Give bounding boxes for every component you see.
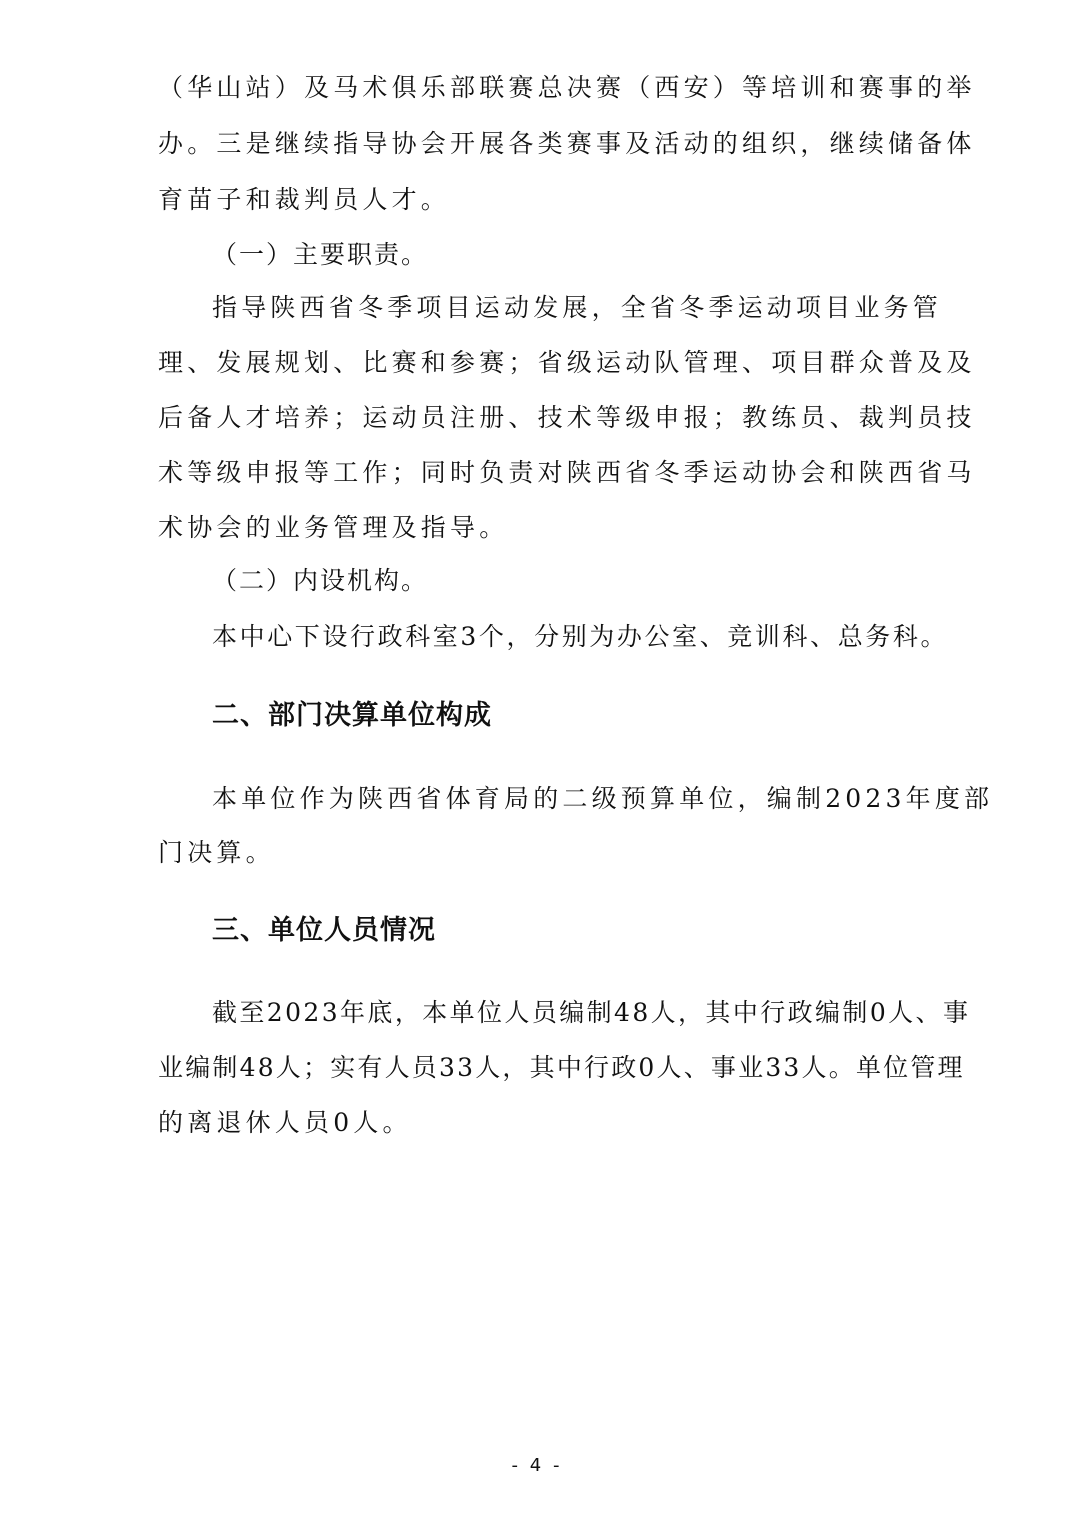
paragraph-line: 育苗子和裁判员人才。 [158,185,938,215]
paragraph-line: 术等级申报等工作；同时负责对陕西省冬季运动协会和陕西省马 [158,458,938,488]
paragraph-line: 后备人才培养；运动员注册、技术等级申报；教练员、裁判员技 [158,403,938,433]
subsection-heading-duties: （一）主要职责。 [212,240,428,270]
paragraph-line: 截至2023年底，本单位人员编制48人，其中行政编制0人、事 [212,998,938,1028]
subsection-heading-internal-structure: （二）内设机构。 [212,566,428,596]
page-number: - 4 - [0,1455,1074,1476]
paragraph-line: 术协会的业务管理及指导。 [158,513,938,543]
paragraph-line: 的离退休人员0人。 [158,1108,938,1138]
document-page: （华山站）及马术俱乐部联赛总决赛（西安）等培训和赛事的举 办。三是继续指导协会开… [0,0,1074,1520]
paragraph-line: 办。三是继续指导协会开展各类赛事及活动的组织，继续储备体 [158,129,938,159]
section-heading-unit-composition: 二、部门决算单位构成 [212,700,492,732]
paragraph-line: 本中心下设行政科室3个，分别为办公室、竞训科、总务科。 [212,622,992,652]
section-heading-staffing: 三、单位人员情况 [212,915,436,947]
paragraph-line: 业编制48人；实有人员33人，其中行政0人、事业33人。单位管理 [158,1053,938,1083]
paragraph-line: 本单位作为陕西省体育局的二级预算单位，编制2023年度部 [212,784,938,814]
paragraph-line: （华山站）及马术俱乐部联赛总决赛（西安）等培训和赛事的举 [158,73,938,103]
paragraph-line: 理、发展规划、比赛和参赛；省级运动队管理、项目群众普及及 [158,348,938,378]
paragraph-line: 门决算。 [158,838,938,868]
paragraph-line: 指导陕西省冬季项目运动发展，全省冬季运动项目业务管 [212,293,938,323]
